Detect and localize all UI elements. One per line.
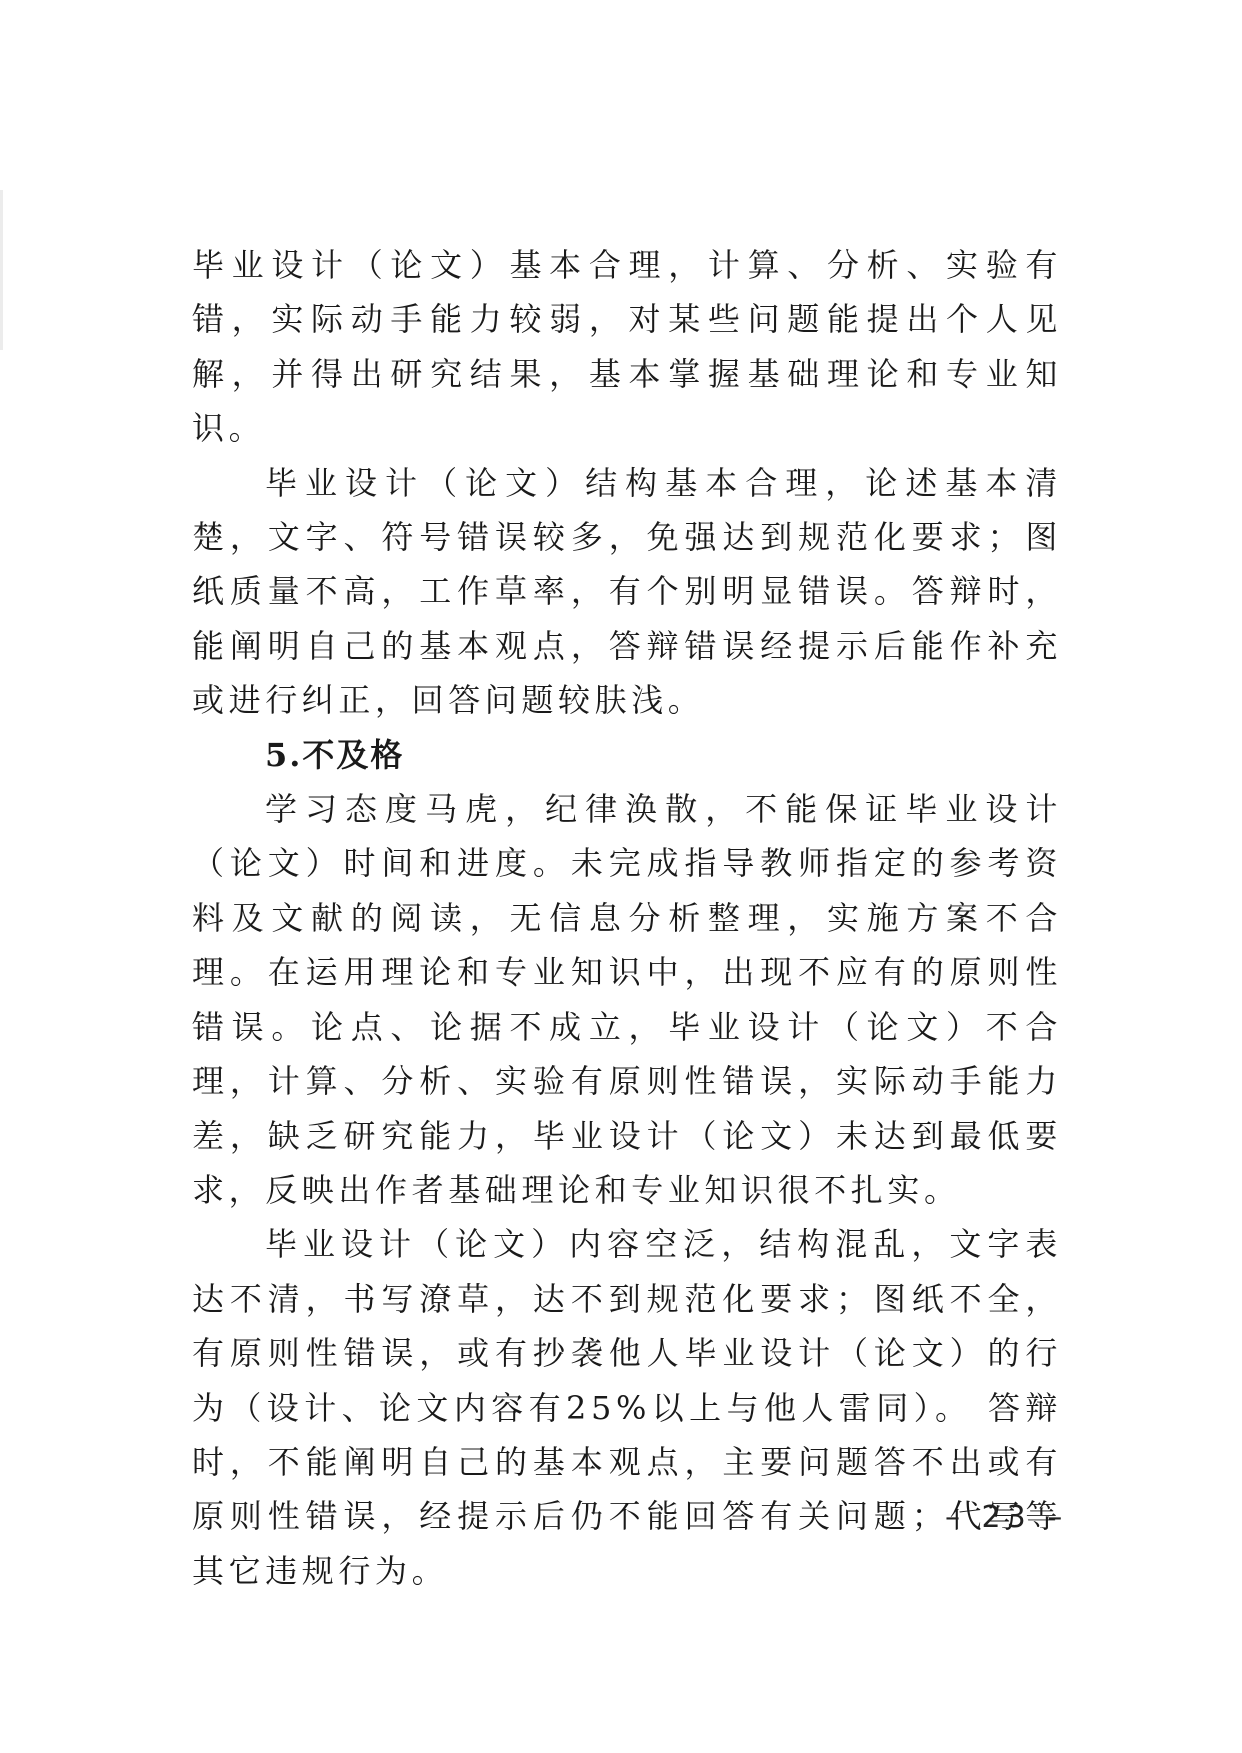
paragraph-fail-content: 毕业设计（论文）内容空泛，结构混乱，文字表达不清，书写潦草，达不到规范化要求；图…	[192, 1217, 1062, 1598]
document-body: 毕业设计（论文）基本合理，计算、分析、实验有错，实际动手能力较弱，对某些问题能提…	[192, 238, 1062, 1598]
section-heading-fail: 5.不及格	[192, 728, 1062, 782]
paragraph-fail-attitude: 学习态度马虎，纪律涣散，不能保证毕业设计（论文）时间和进度。未完成指导教师指定的…	[192, 782, 1062, 1217]
paragraph-structure-criteria: 毕业设计（论文）结构基本合理，论述基本清楚，文字、符号错误较多，免强达到规范化要…	[192, 456, 1062, 728]
paragraph-continued: 毕业设计（论文）基本合理，计算、分析、实验有错，实际动手能力较弱，对某些问题能提…	[192, 238, 1062, 456]
scan-edge-shadow	[0, 190, 3, 350]
page-number: – 23 –	[945, 1500, 1068, 1535]
